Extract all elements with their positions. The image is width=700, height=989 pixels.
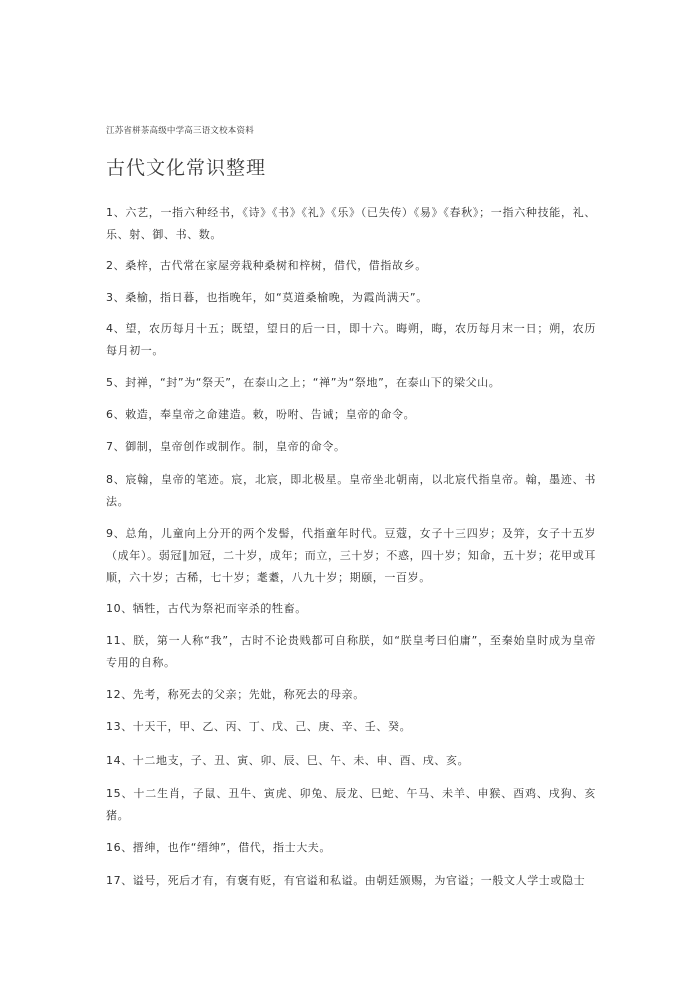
entry-3: 3、桑榆，指日暮，也指晚年，如“莫道桑榆晚，为霞尚满天”。	[106, 287, 596, 309]
entry-9: 9、总角，儿童向上分开的两个发髻，代指童年时代。豆蔻，女子十三四岁；及笄，女子十…	[106, 523, 596, 589]
entry-7: 7、御制，皇帝创作或制作。制，皇帝的命令。	[106, 436, 596, 458]
page-title: 古代文化常识整理	[106, 153, 266, 180]
entry-13: 13、十天干，甲、乙、丙、丁、戊、己、庚、辛、壬、癸。	[106, 716, 596, 738]
entry-6: 6、敕造，奉皇帝之命建造。敕，吩咐、告诫；皇帝的命令。	[106, 404, 596, 426]
entry-8: 8、宸翰，皇帝的笔迹。宸，北宸，即北极星。皇帝坐北朝南，以北宸代指皇帝。翰，墨迹…	[106, 469, 596, 513]
document-page: 江苏省栟茶高级中学高三语文校本资料 古代文化常识整理 1、六艺，一指六种经书，《…	[0, 0, 700, 989]
entry-2: 2、桑梓，古代常在家屋旁栽种桑树和梓树，借代，借指故乡。	[106, 255, 596, 277]
entry-10: 10、牺牲，古代为祭祀而宰杀的牲畜。	[106, 598, 596, 620]
entry-1: 1、六艺，一指六种经书，《诗》《书》《礼》《乐》（已失传）《易》《春秋》；一指六…	[106, 202, 596, 246]
header-note: 江苏省栟茶高级中学高三语文校本资料	[106, 124, 254, 136]
entry-15: 15、十二生肖，子鼠、丑牛、寅虎、卯兔、辰龙、巳蛇、午马、未羊、申猴、酉鸡、戌狗…	[106, 783, 596, 827]
entry-4: 4、望，农历每月十五；既望，望日的后一日，即十六。晦朔，晦，农历每月末一日；朔，…	[106, 318, 596, 362]
entry-14: 14、十二地支，子、丑、寅、卯、辰、巳、午、未、申、酉、戌、亥。	[106, 750, 596, 772]
entry-12: 12、先考，称死去的父亲；先妣，称死去的母亲。	[106, 684, 596, 706]
entry-11: 11、朕，第一人称“我”，古时不论贵贱都可自称朕，如“朕皇考曰伯庸”，至秦始皇时…	[106, 630, 596, 674]
entry-16: 16、搢绅，也作“缙绅”，借代，指士大夫。	[106, 837, 596, 859]
entry-17: 17、谥号，死后才有，有褒有贬，有官谥和私谥。由朝廷颁赐，为官谥；一般文人学士或…	[106, 870, 596, 892]
entry-5: 5、封禅，“封”为“祭天”，在泰山之上；“禅”为“祭地”，在泰山下的梁父山。	[106, 372, 596, 394]
